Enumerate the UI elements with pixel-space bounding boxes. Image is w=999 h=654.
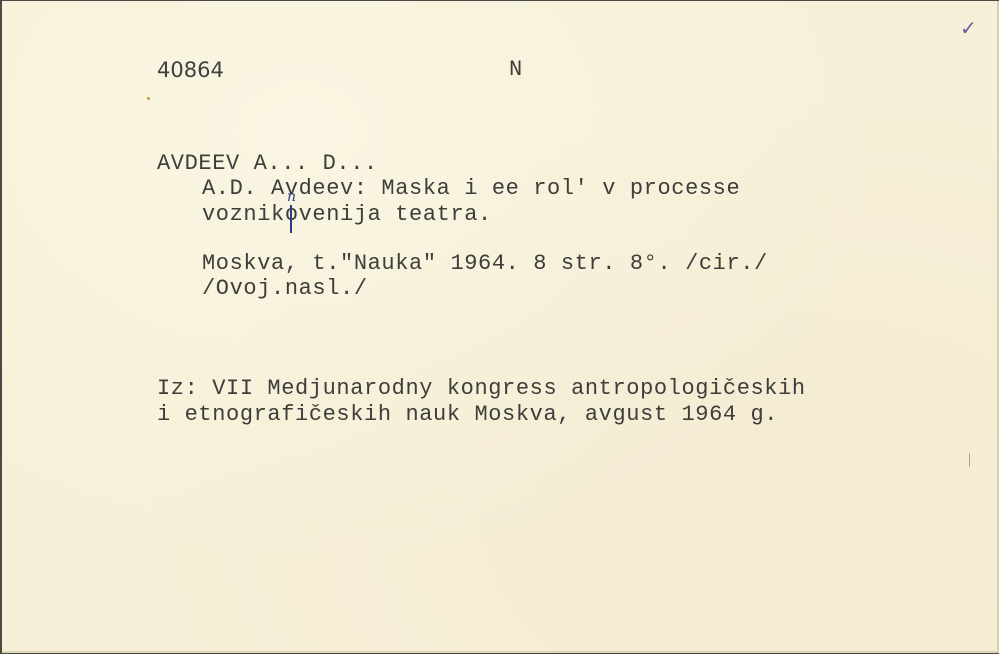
title-line-1: A.D. Avdeev: Maska i ee rol' v processe bbox=[202, 176, 740, 202]
author-heading: AVDEEV A... D... bbox=[157, 151, 378, 177]
imprint-line-1: Moskva, t."Nauka" 1964. 8 str. 8°. /cir.… bbox=[202, 251, 768, 277]
class-mark: N bbox=[509, 57, 523, 83]
correction-stroke bbox=[290, 205, 292, 233]
handwritten-correction: n bbox=[287, 189, 296, 205]
accession-number: 40864 bbox=[157, 57, 224, 83]
source-line-1: Iz: VII Medjunarodny kongress antropolog… bbox=[157, 376, 806, 402]
title-line-2: voznikovenija teatra. bbox=[202, 202, 492, 228]
check-mark-icon: ✓ bbox=[960, 16, 977, 40]
catalog-card: 40864 N ✓ AVDEEV A... D... A.D. Avdeev: … bbox=[2, 1, 999, 653]
source-line-2: i etnografičeskih nauk Moskva, avgust 19… bbox=[157, 402, 778, 428]
imprint-line-2: /Ovoj.nasl./ bbox=[202, 276, 368, 302]
paper-mark bbox=[969, 453, 970, 467]
paper-speck bbox=[147, 97, 150, 100]
